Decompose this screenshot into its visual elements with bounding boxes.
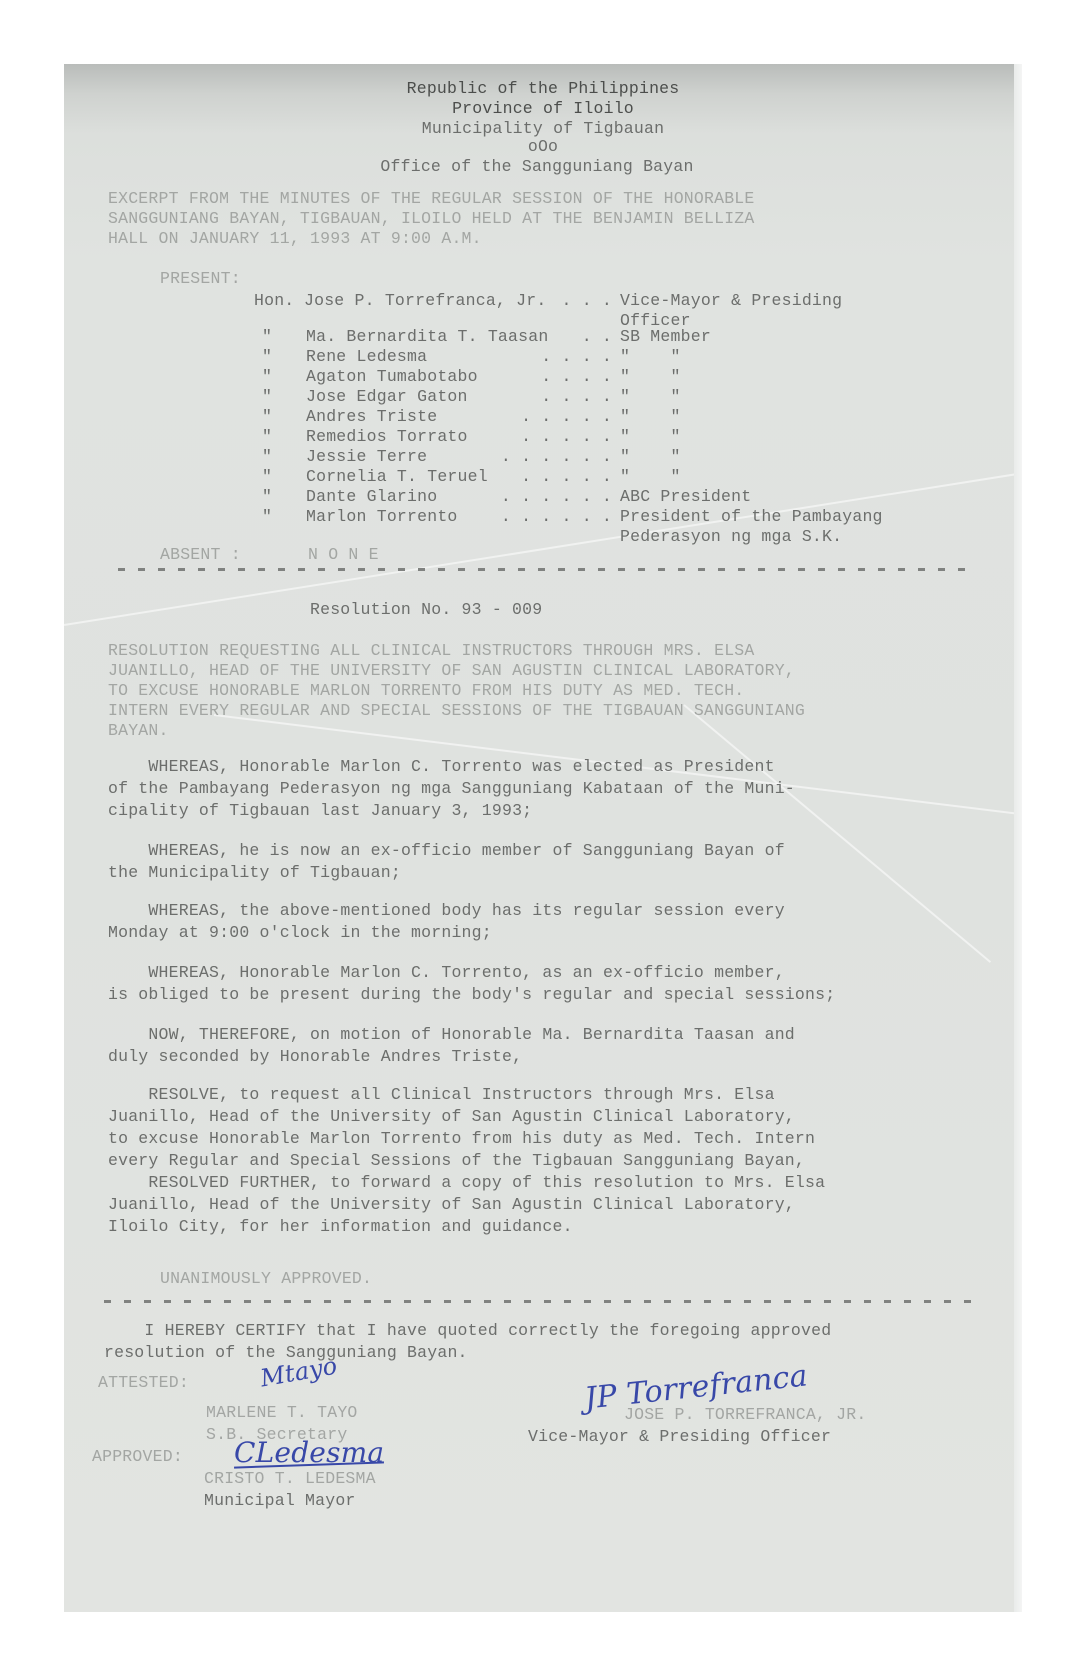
resolution-title-line: TO EXCUSE HONORABLE MARLON TORRENTO FROM… (108, 680, 744, 702)
absent-value: N O N E (308, 544, 379, 566)
member-prefix: Hon. (254, 290, 294, 312)
member-role: " " (620, 346, 681, 368)
member-role: " " (620, 426, 681, 448)
document-page: Republic of the Philippines Province of … (64, 64, 1022, 1612)
paragraph-line: Juanillo, Head of the University of San … (108, 1194, 795, 1216)
certification-line: I HEREBY CERTIFY that I have quoted corr… (104, 1320, 831, 1342)
member-role-continued: Pederasyon ng mga S.K. (620, 526, 842, 548)
dot-leader: . . . . . . (501, 506, 612, 528)
header-ornament: oOo (64, 136, 1022, 158)
dot-leader: . . . . (541, 366, 612, 388)
header-province: Province of Iloilo (64, 98, 1022, 120)
vice-mayor-title: Vice-Mayor & Presiding Officer (528, 1426, 831, 1448)
paragraph-line: is obliged to be present during the body… (108, 984, 835, 1006)
dot-leader: . . (582, 326, 612, 348)
attested-label: ATTESTED: (98, 1372, 189, 1394)
member-name: Jose P. Torrefranca, Jr. (304, 290, 546, 312)
resolution-title-line: RESOLUTION REQUESTING ALL CLINICAL INSTR… (108, 640, 755, 662)
member-role: " " (620, 406, 681, 428)
member-role: " " (620, 466, 681, 488)
member-name: Dante Glarino (306, 486, 437, 508)
paragraph-line: Iloilo City, for her information and gui… (108, 1216, 573, 1238)
member-prefix: " (262, 406, 272, 428)
member-role: " " (620, 446, 681, 468)
paragraph-line: RESOLVE, to request all Clinical Instruc… (108, 1084, 775, 1106)
resolution-title-line: BAYAN. (108, 720, 169, 742)
paragraph-line: duly seconded by Honorable Andres Triste… (108, 1046, 522, 1068)
member-role: ABC President (620, 486, 751, 508)
paragraph-line: RESOLVED FURTHER, to forward a copy of t… (108, 1172, 825, 1194)
dot-leader: . . . . . (521, 466, 612, 488)
member-role: " " (620, 386, 681, 408)
member-prefix: " (262, 486, 272, 508)
member-prefix: " (262, 346, 272, 368)
dot-leader: . . . . . (521, 406, 612, 428)
dot-leader: . . . . (541, 386, 612, 408)
absent-label: ABSENT : (160, 544, 241, 566)
mayor-title: Municipal Mayor (204, 1490, 356, 1512)
vice-mayor-name: JOSE P. TORREFRANCA, JR. (624, 1404, 866, 1426)
paragraph-line: the Municipality of Tigbauan; (108, 862, 401, 884)
header-republic: Republic of the Philippines (64, 78, 1022, 100)
member-name: Rene Ledesma (306, 346, 427, 368)
member-name: Jose Edgar Gaton (306, 386, 468, 408)
member-prefix: " (262, 386, 272, 408)
divider (104, 1300, 984, 1303)
member-prefix: " (262, 326, 272, 348)
member-name: Andres Triste (306, 406, 437, 428)
secretary-name: MARLENE T. TAYO (206, 1402, 358, 1424)
member-name: Agaton Tumabotabo (306, 366, 478, 388)
member-name: Cornelia T. Teruel (306, 466, 488, 488)
excerpt-line: HALL ON JANUARY 11, 1993 AT 9:00 A.M. (108, 228, 482, 250)
member-prefix: " (262, 366, 272, 388)
excerpt-line: EXCERPT FROM THE MINUTES OF THE REGULAR … (108, 188, 755, 210)
member-role: SB Member (620, 326, 711, 348)
resolution-title-line: INTERN EVERY REGULAR AND SPECIAL SESSION… (108, 700, 805, 722)
member-name: Remedios Torrato (306, 426, 468, 448)
excerpt-line: SANGGUNIANG BAYAN, TIGBAUAN, ILOILO HELD… (108, 208, 755, 230)
resolution-title-line: JUANILLO, HEAD OF THE UNIVERSITY OF SAN … (108, 660, 795, 682)
dot-leader: . . . (561, 290, 612, 312)
member-prefix: " (262, 506, 272, 528)
member-name: Jessie Terre (306, 446, 427, 468)
paragraph-line: WHEREAS, Honorable Marlon C. Torrento wa… (108, 756, 775, 778)
paragraph-line: Juanillo, Head of the University of San … (108, 1106, 795, 1128)
paragraph-line: every Regular and Special Sessions of th… (108, 1150, 805, 1172)
paragraph-line: WHEREAS, the above-mentioned body has it… (108, 900, 785, 922)
paragraph-line: to excuse Honorable Marlon Torrento from… (108, 1128, 815, 1150)
approval-status: UNANIMOUSLY APPROVED. (160, 1268, 372, 1290)
divider (118, 568, 978, 571)
dot-leader: . . . . . (521, 426, 612, 448)
mayor-name: CRISTO T. LEDESMA (204, 1468, 376, 1490)
paragraph-line: cipality of Tigbauan last January 3, 199… (108, 800, 532, 822)
member-name: Marlon Torrento (306, 506, 458, 528)
member-role: " " (620, 366, 681, 388)
paragraph-line: Monday at 9:00 o'clock in the morning; (108, 922, 492, 944)
dot-leader: . . . . . . (501, 446, 612, 468)
member-role: President of the Pambayang (620, 506, 883, 528)
paragraph-line: WHEREAS, Honorable Marlon C. Torrento, a… (108, 962, 785, 984)
member-prefix: " (262, 426, 272, 448)
paragraph-line: WHEREAS, he is now an ex-officio member … (108, 840, 785, 862)
dot-leader: . . . . (541, 346, 612, 368)
dot-leader: . . . . . . (501, 486, 612, 508)
member-prefix: " (262, 466, 272, 488)
header-office: Office of the Sangguniang Bayan (64, 156, 1016, 178)
member-name: Ma. Bernardita T. Taasan (306, 326, 548, 348)
resolution-number: Resolution No. 93 - 009 (310, 599, 542, 621)
paragraph-line: NOW, THEREFORE, on motion of Honorable M… (108, 1024, 795, 1046)
member-role: Vice-Mayor & Presiding (620, 290, 842, 312)
member-prefix: " (262, 446, 272, 468)
approved-label: APPROVED: (92, 1446, 183, 1468)
document-body: Republic of the Philippines Province of … (64, 64, 1022, 1612)
paragraph-line: of the Pambayang Pederasyon ng mga Sangg… (108, 778, 795, 800)
present-label: PRESENT: (160, 268, 241, 290)
